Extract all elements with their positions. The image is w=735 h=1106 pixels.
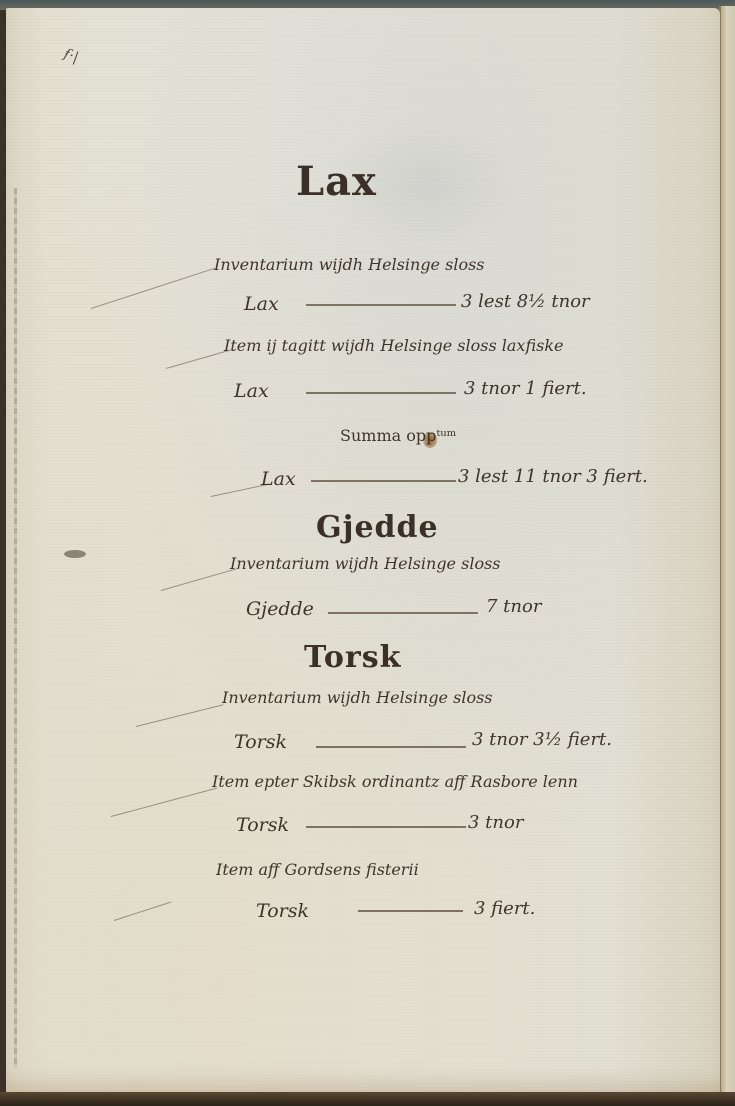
entry-rule [328, 612, 478, 614]
entry-item: Gjedde [246, 598, 314, 620]
entry-rule [311, 480, 456, 482]
entry-quantity: 3 lest 8½ tnor [461, 291, 590, 312]
entry-caption: Inventarium wijdh Helsinge sloss [214, 255, 485, 274]
margin-flourish [136, 704, 224, 727]
folio-mark: ẜ·| [62, 46, 81, 66]
entry-item: Lax [244, 293, 279, 315]
manuscript-page: ẜ·| Lax Inventarium wijdh Helsinge sloss… [6, 8, 720, 1094]
margin-flourish [114, 901, 171, 921]
entry-caption: Item epter Skibsk ordinantz aff Rasbore … [212, 772, 578, 791]
total-quantity: 3 lest 11 tnor 3 fiert. [458, 466, 648, 487]
summa-label: Summa oppᵗᵘᵐ [340, 426, 457, 445]
adjacent-page-edge [719, 6, 735, 1096]
entry-quantity: 7 tnor [486, 596, 541, 617]
scan-bottom-edge [0, 1092, 735, 1106]
margin-flourish [111, 788, 218, 818]
section-heading-gjedde: Gjedde [316, 510, 439, 545]
section-heading-torsk: Torsk [304, 640, 401, 675]
entry-quantity: 3 tnor [468, 812, 523, 833]
entry-item: Torsk [256, 900, 309, 922]
entry-rule [358, 910, 463, 912]
entry-rule [306, 826, 466, 828]
entry-quantity: 3 tnor 3½ fiert. [472, 729, 612, 750]
entry-item: Lax [234, 380, 269, 402]
section-heading-lax: Lax [296, 158, 377, 205]
entry-rule [316, 746, 466, 748]
entry-item: Torsk [236, 814, 289, 836]
ink-blot [64, 550, 86, 558]
scan-background: ẜ·| Lax Inventarium wijdh Helsinge sloss… [0, 0, 735, 1106]
total-item: Lax [261, 468, 296, 490]
entry-quantity: 3 tnor 1 fiert. [464, 378, 587, 399]
entry-rule [306, 304, 456, 306]
margin-flourish [91, 268, 215, 309]
entry-quantity: 3 fiert. [474, 898, 535, 919]
entry-caption: Item ij tagitt wijdh Helsinge sloss laxf… [224, 336, 563, 355]
entry-rule [306, 392, 456, 394]
margin-flourish [161, 568, 238, 591]
entry-caption: Inventarium wijdh Helsinge sloss [230, 554, 501, 573]
deckled-page-edge [14, 188, 17, 1068]
entry-caption: Inventarium wijdh Helsinge sloss [222, 688, 493, 707]
entry-item: Torsk [234, 731, 287, 753]
entry-caption: Item aff Gordsens fisterii [216, 860, 419, 879]
